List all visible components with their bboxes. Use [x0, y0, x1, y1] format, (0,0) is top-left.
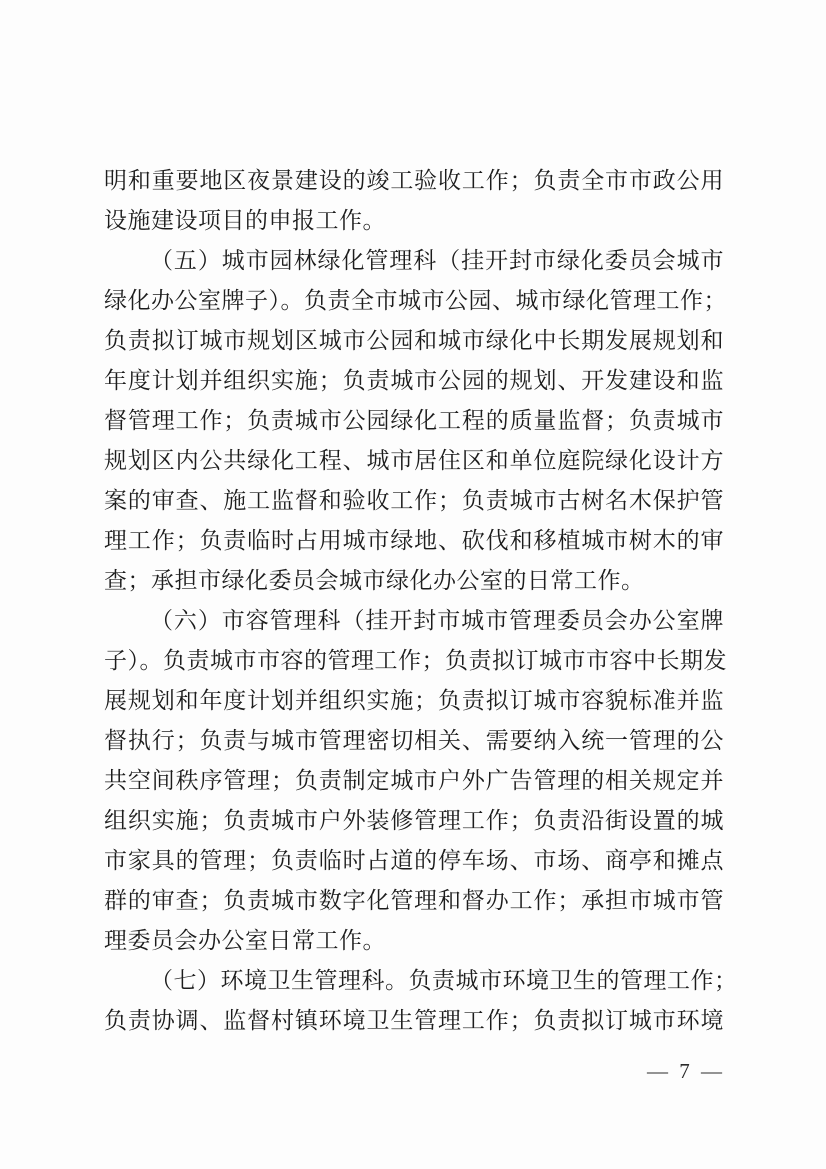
document-line: 设施建设项目的申报工作。 [104, 201, 724, 241]
document-body: 明和重要地区夜景建设的竣工验收工作；负责全市市政公用 设施建设项目的申报工作。 … [104, 161, 724, 1041]
document-line: 共空间秩序管理；负责制定城市户外广告管理的相关规定并 [104, 761, 724, 801]
document-line: 督执行；负责与城市管理密切相关、需要纳入统一管理的公 [104, 721, 724, 761]
document-line: 子）。负责城市市容的管理工作；负责拟订城市市容中长期发 [104, 641, 724, 681]
document-line: 群的审查；负责城市数字化管理和督办工作；承担市城市管 [104, 881, 724, 921]
document-line: 负责协调、监督村镇环境卫生管理工作；负责拟订城市环境 [104, 1001, 724, 1041]
document-line: 理委员会办公室日常工作。 [104, 921, 724, 961]
document-line: （六）市容管理科（挂开封市城市管理委员会办公室牌 [104, 601, 724, 641]
document-line: 负责拟订城市规划区城市公园和城市绿化中长期发展规划和 [104, 321, 724, 361]
document-line: 查；承担市绿化委员会城市绿化办公室的日常工作。 [104, 561, 724, 601]
document-line: 绿化办公室牌子）。负责全市城市公园、城市绿化管理工作； [104, 281, 724, 321]
document-line: 督管理工作；负责城市公园绿化工程的质量监督；负责城市 [104, 401, 724, 441]
document-line: （五）城市园林绿化管理科（挂开封市绿化委员会城市 [104, 241, 724, 281]
document-page: 明和重要地区夜景建设的竣工验收工作；负责全市市政公用 设施建设项目的申报工作。 … [0, 0, 826, 1169]
document-line: 市家具的管理；负责临时占道的停车场、市场、商亭和摊点 [104, 841, 724, 881]
document-line: 明和重要地区夜景建设的竣工验收工作；负责全市市政公用 [104, 161, 724, 201]
document-line: 理工作；负责临时占用城市绿地、砍伐和移植城市树木的审 [104, 521, 724, 561]
document-line: 案的审查、施工监督和验收工作；负责城市古树名木保护管 [104, 481, 724, 521]
document-line: 规划区内公共绿化工程、城市居住区和单位庭院绿化设计方 [104, 441, 724, 481]
document-line: （七）环境卫生管理科。负责城市环境卫生的管理工作； [104, 961, 724, 1001]
document-line: 组织实施；负责城市户外装修管理工作；负责沿街设置的城 [104, 801, 724, 841]
page-number: — 7 — [647, 1056, 725, 1086]
document-line: 展规划和年度计划并组织实施；负责拟订城市容貌标准并监 [104, 681, 724, 721]
document-line: 年度计划并组织实施；负责城市公园的规划、开发建设和监 [104, 361, 724, 401]
